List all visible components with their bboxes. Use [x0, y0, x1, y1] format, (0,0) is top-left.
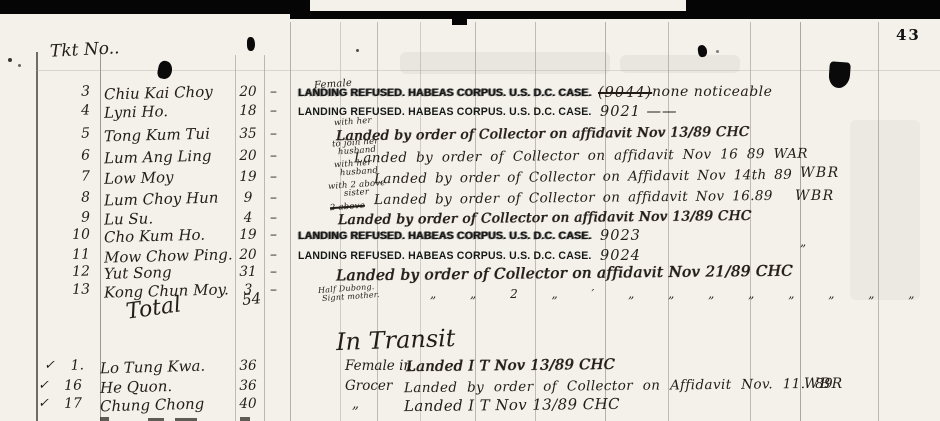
age-value: 9	[234, 190, 262, 206]
disposition-note: Landed by order of Collector on affidavi…	[338, 208, 752, 228]
age-value: 35	[234, 126, 262, 142]
dash-mark: –	[270, 84, 277, 100]
row-number: 10	[56, 226, 91, 243]
dash-mark: –	[270, 264, 277, 280]
annotation-note: with her	[334, 116, 372, 129]
age-value: 36	[234, 378, 262, 394]
dash-mark: –	[270, 103, 277, 119]
disposition-note: Landed by order of Collector on affidavi…	[354, 146, 808, 167]
disposition-note: Landed by order of Collector on Affidavi…	[374, 167, 792, 187]
row-number: 17	[48, 395, 83, 412]
ledger-page: 43 Tkt No.. Female 3 Chiu Kai Choy 20 – …	[0, 0, 940, 421]
age-value: 31	[234, 264, 262, 280]
passenger-name: Low Moy	[104, 168, 174, 188]
age-value: 18	[234, 103, 262, 119]
row-number: 4	[56, 102, 91, 119]
age-value: 40	[234, 396, 262, 412]
total-row: Total 54	[0, 292, 940, 314]
age-value: 20	[234, 247, 262, 263]
disposition-note: Landed by order of Collector on affidavi…	[336, 124, 750, 144]
annotation-note: Female in	[345, 358, 412, 374]
row-number: 5	[56, 125, 91, 142]
age-value: 20	[234, 84, 262, 100]
passenger-name: Lo Tung Kwa.	[100, 357, 206, 378]
ledger-row: 4 Lyni Ho. 18 – LANDING REFUSED. HABEAS …	[0, 103, 940, 125]
page-number: 43	[896, 26, 921, 44]
passenger-name: Tong Kum Tui	[104, 125, 210, 146]
remarks-note: none noticeable	[652, 84, 772, 100]
ledger-row: with her 5 Tong Kum Tui 35 – Landed by o…	[0, 126, 940, 148]
age-value: 36	[234, 358, 262, 374]
passenger-name: Cho Kum Ho.	[104, 226, 206, 247]
inspector-initials: WBR	[800, 165, 840, 181]
annotation-note: husband	[340, 166, 379, 179]
row-number: 7	[56, 168, 91, 185]
speck	[716, 50, 719, 53]
inspector-initials: WBR	[795, 188, 835, 204]
total-label: Total	[125, 292, 183, 324]
case-number: 9021 ——	[600, 104, 678, 120]
ditto-mark: „	[352, 396, 359, 412]
landing-refused-stamp: LANDING REFUSED. HABEAS CORPUS. U.S. D.C…	[298, 250, 592, 263]
passenger-name: Yut Song	[104, 263, 172, 283]
dash-mark: –	[270, 247, 277, 263]
passenger-name: He Quon.	[100, 377, 173, 397]
speck	[356, 49, 359, 52]
case-number: 9024	[600, 248, 641, 264]
passenger-name: Chiu Kai Choy	[104, 83, 213, 104]
age-value: 19	[234, 169, 262, 185]
ink-blot	[247, 37, 255, 51]
speck	[18, 64, 21, 67]
age-value: 4	[234, 210, 262, 226]
annotation-note: sister	[344, 187, 370, 199]
row-number: 1.	[50, 357, 85, 374]
speck	[8, 58, 12, 62]
transit-section-header: In Transit	[336, 324, 456, 356]
scan-top-border	[452, 17, 467, 25]
column-header-tkt-no: Tkt No..	[50, 38, 120, 62]
dash-mark: –	[270, 126, 277, 142]
disposition-note: Landed by order of Collector on Affidavi…	[404, 376, 833, 396]
row-number: 6	[56, 147, 91, 164]
case-number: 9023	[600, 228, 641, 244]
row-number: 8	[56, 189, 91, 206]
dash-mark: –	[270, 210, 277, 226]
total-value: 54	[241, 289, 262, 309]
row-number: 16	[48, 377, 83, 394]
ink-blot	[156, 60, 173, 81]
disposition-note: Landed I T Nov 13/89 CHC	[404, 395, 620, 415]
disposition-note: Landed by order of Collector on affidavi…	[336, 262, 793, 285]
disposition-note: Landed by order of Collector on affidavi…	[374, 188, 773, 208]
dash-mark: –	[270, 169, 277, 185]
passenger-name: Lum Choy Hun	[104, 189, 219, 210]
transit-row: ✓ 17 Chung Chong 40 „ Landed I T Nov 13/…	[0, 396, 940, 418]
ledger-row: 10 Cho Kum Ho. 19 – LANDING REFUSED. HAB…	[0, 227, 940, 249]
ledger-row: to join her husband 6 Lum Ang Ling 20 – …	[0, 148, 940, 170]
dash-mark: –	[270, 148, 277, 164]
row-number: 9	[56, 209, 91, 226]
row-number: 3	[56, 83, 91, 100]
clipped-row-fragment	[100, 417, 109, 421]
passenger-name: Chung Chong	[100, 395, 205, 416]
inspector-initials: WBR	[804, 376, 844, 392]
clipped-row-fragment	[240, 417, 250, 421]
age-value: 19	[234, 227, 262, 243]
landing-refused-stamp: LANDING REFUSED. HABEAS CORPUS. U.S. D.C…	[298, 106, 592, 119]
scan-top-border	[0, 0, 310, 14]
age-value: 20	[234, 148, 262, 164]
passenger-name: Lum Ang Ling	[104, 147, 212, 168]
row-number: 12	[56, 263, 91, 280]
occupation-value: Grocer	[345, 378, 392, 394]
row-number: 11	[56, 246, 91, 263]
disposition-note: Landed I T Nov 13/89 CHC	[406, 357, 615, 375]
landing-refused-stamp: LANDING REFUSED. HABEAS CORPUS. U.S. D.C…	[298, 87, 592, 100]
dash-mark: –	[270, 227, 277, 243]
landing-refused-stamp: LANDING REFUSED. HABEAS CORPUS. U.S. D.C…	[298, 230, 592, 243]
scan-top-border	[686, 0, 940, 16]
passenger-name: Lu Su.	[104, 209, 154, 228]
dash-mark: –	[270, 190, 277, 206]
case-number: (9044)	[598, 85, 652, 101]
passenger-name: Lyni Ho.	[104, 102, 168, 122]
